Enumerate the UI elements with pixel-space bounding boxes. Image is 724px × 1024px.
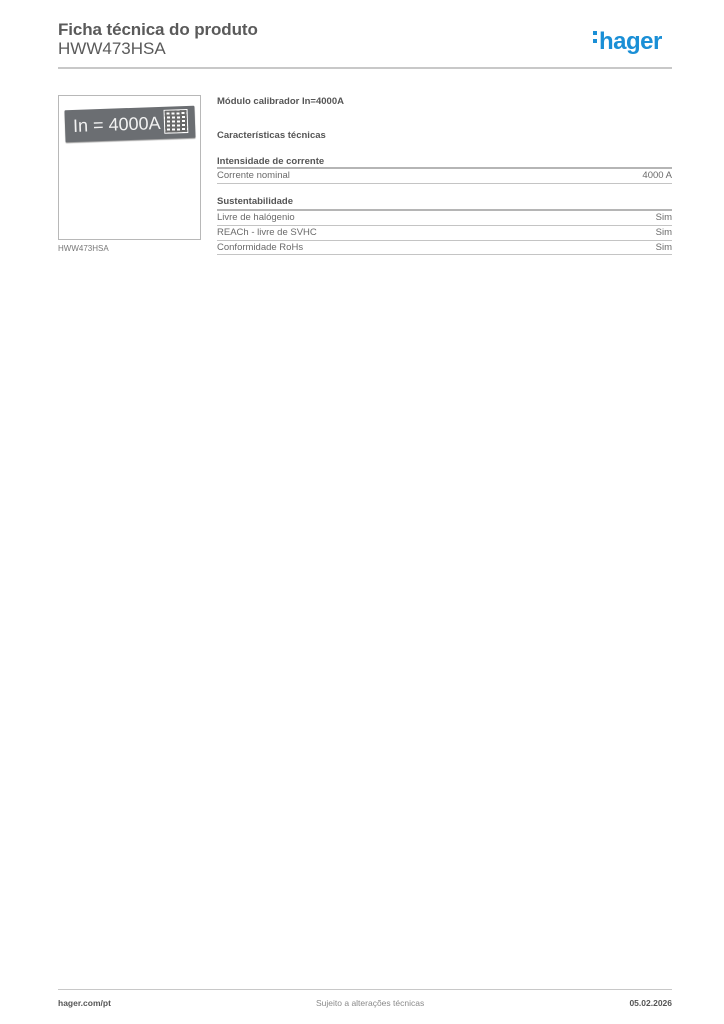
product-image: In = 4000A: [58, 95, 201, 240]
table-row: REACh - livre de SVHC Sim: [217, 226, 672, 240]
row-divider: [217, 254, 672, 255]
footer-website-link[interactable]: hager.com/pt: [58, 998, 111, 1008]
row-label: Livre de halógenio: [217, 212, 295, 223]
product-name: Módulo calibrador In=4000A: [217, 96, 672, 107]
row-value: Sim: [656, 212, 672, 223]
row-value: Sim: [656, 242, 672, 253]
group-title-sustainability: Sustentabilidade: [217, 196, 672, 207]
logo-text: hager: [599, 28, 662, 55]
footer-date: 05.02.2026: [629, 998, 672, 1008]
footer-divider: [58, 989, 672, 990]
section-title-technical: Características técnicas: [217, 130, 672, 141]
table-row: Conformidade RoHs Sim: [217, 241, 672, 255]
hager-logo: hager: [593, 28, 662, 56]
page-title: Ficha técnica do produto: [58, 20, 258, 40]
header-divider: [58, 67, 672, 69]
table-row: Livre de halógenio Sim: [217, 211, 672, 225]
datamatrix-code-icon: [164, 109, 189, 134]
logo-colon-icon: [593, 27, 597, 47]
rating-label-plate: In = 4000A: [64, 106, 195, 143]
image-caption: HWW473HSA: [58, 244, 109, 253]
row-divider: [217, 183, 672, 184]
table-row: Corrente nominal 4000 A: [217, 169, 672, 183]
row-label: REACh - livre de SVHC: [217, 227, 317, 238]
row-label: Corrente nominal: [217, 170, 290, 181]
row-value: Sim: [656, 227, 672, 238]
row-value: 4000 A: [642, 170, 672, 181]
row-label: Conformidade RoHs: [217, 242, 303, 253]
group-title-current: Intensidade de corrente: [217, 156, 672, 167]
product-code: HWW473HSA: [58, 39, 166, 59]
footer-notice: Sujeito a alterações técnicas: [316, 998, 424, 1008]
rating-label-text: In = 4000A: [73, 113, 161, 137]
